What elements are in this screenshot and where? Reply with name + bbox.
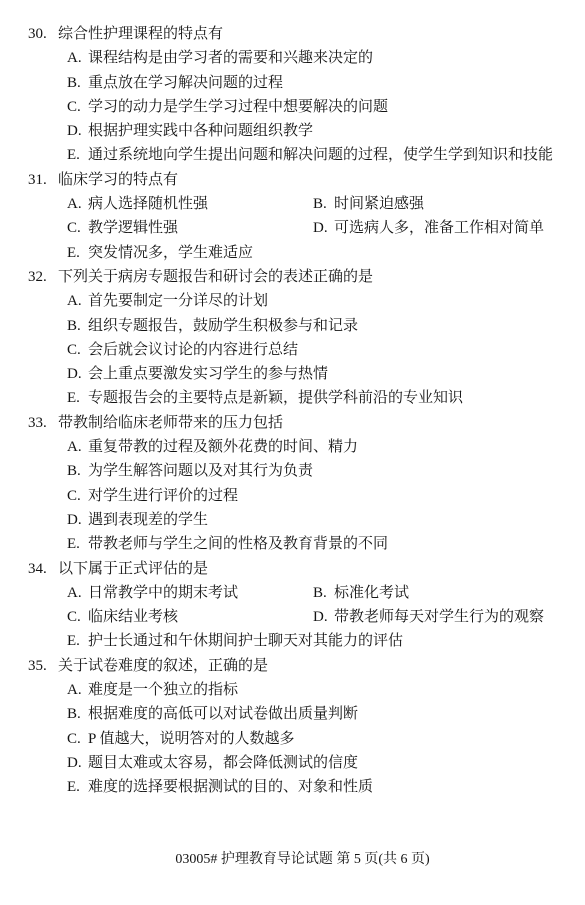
question-stem: 临床学习的特点有 — [58, 172, 178, 188]
option-e: E.护士长通过和午休期间护士聊天对其能力的评估 — [0, 629, 585, 653]
question-32: 32.下列关于病房专题报告和研讨会的表述正确的是 A.首先要制定一分详尽的计划 … — [0, 265, 585, 411]
question-number: 32. — [28, 265, 58, 289]
option-b: B.重点放在学习解决问题的过程 — [0, 71, 585, 95]
option-letter: D. — [67, 362, 88, 386]
option-row-cd: C.教学逻辑性强 D.可选病人多，准备工作相对简单 — [0, 216, 585, 240]
option-c: C.学习的动力是学生学习过程中想要解决的问题 — [0, 95, 585, 119]
option-letter: C. — [67, 727, 88, 751]
question-stem-row: 34.以下属于正式评估的是 — [0, 557, 585, 581]
option-text: 重点放在学习解决问题的过程 — [88, 75, 283, 91]
option-e: E.通过系统地向学生提出问题和解决问题的过程，使学生学到知识和技能 — [0, 143, 585, 167]
page-footer: 03005# 护理教育导论试题 第 5 页(共 6 页) — [20, 851, 585, 869]
option-text: 题目太难或太容易，都会降低测试的信度 — [88, 755, 358, 771]
question-31: 31.临床学习的特点有 A.病人选择随机性强 B.时间紧迫感强 C.教学逻辑性强… — [0, 168, 585, 265]
option-letter: E. — [67, 143, 88, 167]
option-text: 带教老师每天对学生行为的观察 — [334, 609, 544, 625]
option-e: E.突发情况多，学生难适应 — [0, 241, 585, 265]
question-stem-row: 32.下列关于病房专题报告和研讨会的表述正确的是 — [0, 265, 585, 289]
option-e: E.难度的选择要根据测试的目的、对象和性质 — [0, 775, 585, 799]
option-d: D.题目太难或太容易，都会降低测试的信度 — [0, 751, 585, 775]
option-text: 临床结业考核 — [88, 609, 178, 625]
option-a: A.课程结构是由学习者的需要和兴趣来决定的 — [0, 46, 585, 70]
option-text: 病人选择随机性强 — [88, 196, 208, 212]
option-b: B.时间紧迫感强 — [313, 192, 585, 216]
question-stem-row: 30.综合性护理课程的特点有 — [0, 22, 585, 46]
exam-content: 30.综合性护理课程的特点有 A.课程结构是由学习者的需要和兴趣来决定的 B.重… — [0, 0, 585, 800]
option-letter: D. — [67, 508, 88, 532]
option-text: 日常教学中的期末考试 — [88, 585, 238, 601]
option-text: 组织专题报告，鼓励学生积极参与和记录 — [88, 318, 358, 334]
option-row-ab: A.日常教学中的期末考试 B.标准化考试 — [0, 581, 585, 605]
option-text: 根据难度的高低可以对试卷做出质量判断 — [88, 706, 358, 722]
option-letter: D. — [67, 119, 88, 143]
question-35: 35.关于试卷难度的叙述，正确的是 A.难度是一个独立的指标 B.根据难度的高低… — [0, 654, 585, 800]
question-34: 34.以下属于正式评估的是 A.日常教学中的期末考试 B.标准化考试 C.临床结… — [0, 557, 585, 654]
option-letter: D. — [313, 605, 334, 629]
option-text: P 值越大，说明答对的人数越多 — [88, 731, 295, 747]
question-number: 30. — [28, 22, 58, 46]
option-letter: B. — [67, 314, 88, 338]
option-letter: A. — [67, 46, 88, 70]
option-a: A.日常教学中的期末考试 — [0, 581, 313, 605]
option-d: D.遇到表现差的学生 — [0, 508, 585, 532]
option-text: 对学生进行评价的过程 — [88, 488, 238, 504]
option-letter: B. — [67, 459, 88, 483]
question-stem-row: 33.带教制给临床老师带来的压力包括 — [0, 411, 585, 435]
question-30: 30.综合性护理课程的特点有 A.课程结构是由学习者的需要和兴趣来决定的 B.重… — [0, 22, 585, 168]
option-d: D.可选病人多，准备工作相对简单 — [313, 216, 585, 240]
option-b: B.标准化考试 — [313, 581, 585, 605]
option-e: E.专题报告会的主要特点是新颖，提供学科前沿的专业知识 — [0, 386, 585, 410]
option-a: A.难度是一个独立的指标 — [0, 678, 585, 702]
option-c: C.教学逻辑性强 — [0, 216, 313, 240]
question-stem: 以下属于正式评估的是 — [58, 561, 208, 577]
option-a: A.首先要制定一分详尽的计划 — [0, 289, 585, 313]
option-text: 学习的动力是学生学习过程中想要解决的问题 — [88, 99, 388, 115]
option-text: 会上重点要激发实习学生的参与热情 — [88, 366, 328, 382]
option-letter: A. — [67, 678, 88, 702]
option-text: 时间紧迫感强 — [334, 196, 424, 212]
option-b: B.组织专题报告，鼓励学生积极参与和记录 — [0, 314, 585, 338]
option-text: 护士长通过和午休期间护士聊天对其能力的评估 — [88, 633, 403, 649]
option-letter: D. — [313, 216, 334, 240]
question-number: 33. — [28, 411, 58, 435]
option-letter: E. — [67, 241, 88, 265]
option-text: 为学生解答问题以及对其行为负责 — [88, 463, 313, 479]
option-b: B.根据难度的高低可以对试卷做出质量判断 — [0, 702, 585, 726]
option-text: 专题报告会的主要特点是新颖，提供学科前沿的专业知识 — [88, 390, 463, 406]
option-text: 教学逻辑性强 — [88, 220, 178, 236]
option-letter: A. — [67, 192, 88, 216]
option-a: A.病人选择随机性强 — [0, 192, 313, 216]
option-letter: E. — [67, 386, 88, 410]
option-letter: C. — [67, 338, 88, 362]
option-text: 难度的选择要根据测试的目的、对象和性质 — [88, 779, 373, 795]
option-letter: C. — [67, 484, 88, 508]
option-letter: C. — [67, 216, 88, 240]
option-c: C.会后就会议讨论的内容进行总结 — [0, 338, 585, 362]
option-text: 会后就会议讨论的内容进行总结 — [88, 342, 298, 358]
option-letter: C. — [67, 95, 88, 119]
option-text: 标准化考试 — [334, 585, 409, 601]
option-text: 带教老师与学生之间的性格及教育背景的不同 — [88, 536, 388, 552]
option-letter: B. — [313, 581, 334, 605]
option-text: 可选病人多，准备工作相对简单 — [334, 220, 544, 236]
option-text: 根据护理实践中各种问题组织教学 — [88, 123, 313, 139]
question-stem: 综合性护理课程的特点有 — [58, 26, 223, 42]
option-b: B.为学生解答问题以及对其行为负责 — [0, 459, 585, 483]
option-row-ab: A.病人选择随机性强 B.时间紧迫感强 — [0, 192, 585, 216]
question-stem: 下列关于病房专题报告和研讨会的表述正确的是 — [58, 269, 373, 285]
option-d: D.会上重点要激发实习学生的参与热情 — [0, 362, 585, 386]
option-letter: B. — [67, 702, 88, 726]
option-row-cd: C.临床结业考核 D.带教老师每天对学生行为的观察 — [0, 605, 585, 629]
question-stem-row: 31.临床学习的特点有 — [0, 168, 585, 192]
option-letter: B. — [67, 71, 88, 95]
option-letter: A. — [67, 289, 88, 313]
question-number: 34. — [28, 557, 58, 581]
option-letter: D. — [67, 751, 88, 775]
option-c: C.对学生进行评价的过程 — [0, 484, 585, 508]
question-number: 35. — [28, 654, 58, 678]
option-d: D.根据护理实践中各种问题组织教学 — [0, 119, 585, 143]
option-a: A.重复带教的过程及额外花费的时间、精力 — [0, 435, 585, 459]
option-text: 突发情况多，学生难适应 — [88, 245, 253, 261]
option-letter: A. — [67, 435, 88, 459]
option-text: 重复带教的过程及额外花费的时间、精力 — [88, 439, 358, 455]
option-c: C.临床结业考核 — [0, 605, 313, 629]
option-e: E.带教老师与学生之间的性格及教育背景的不同 — [0, 532, 585, 556]
option-letter: E. — [67, 532, 88, 556]
option-letter: B. — [313, 192, 334, 216]
option-d: D.带教老师每天对学生行为的观察 — [313, 605, 585, 629]
option-letter: A. — [67, 581, 88, 605]
option-text: 课程结构是由学习者的需要和兴趣来决定的 — [88, 50, 373, 66]
option-text: 难度是一个独立的指标 — [88, 682, 238, 698]
question-number: 31. — [28, 168, 58, 192]
question-33: 33.带教制给临床老师带来的压力包括 A.重复带教的过程及额外花费的时间、精力 … — [0, 411, 585, 557]
option-letter: E. — [67, 629, 88, 653]
option-letter: C. — [67, 605, 88, 629]
question-stem: 带教制给临床老师带来的压力包括 — [58, 415, 283, 431]
option-text: 首先要制定一分详尽的计划 — [88, 293, 268, 309]
question-stem: 关于试卷难度的叙述，正确的是 — [58, 658, 268, 674]
option-text: 遇到表现差的学生 — [88, 512, 208, 528]
option-letter: E. — [67, 775, 88, 799]
exam-page: 30.综合性护理课程的特点有 A.课程结构是由学习者的需要和兴趣来决定的 B.重… — [0, 0, 585, 905]
option-c: C.P 值越大，说明答对的人数越多 — [0, 727, 585, 751]
option-text: 通过系统地向学生提出问题和解决问题的过程，使学生学到知识和技能 — [88, 147, 553, 163]
question-stem-row: 35.关于试卷难度的叙述，正确的是 — [0, 654, 585, 678]
